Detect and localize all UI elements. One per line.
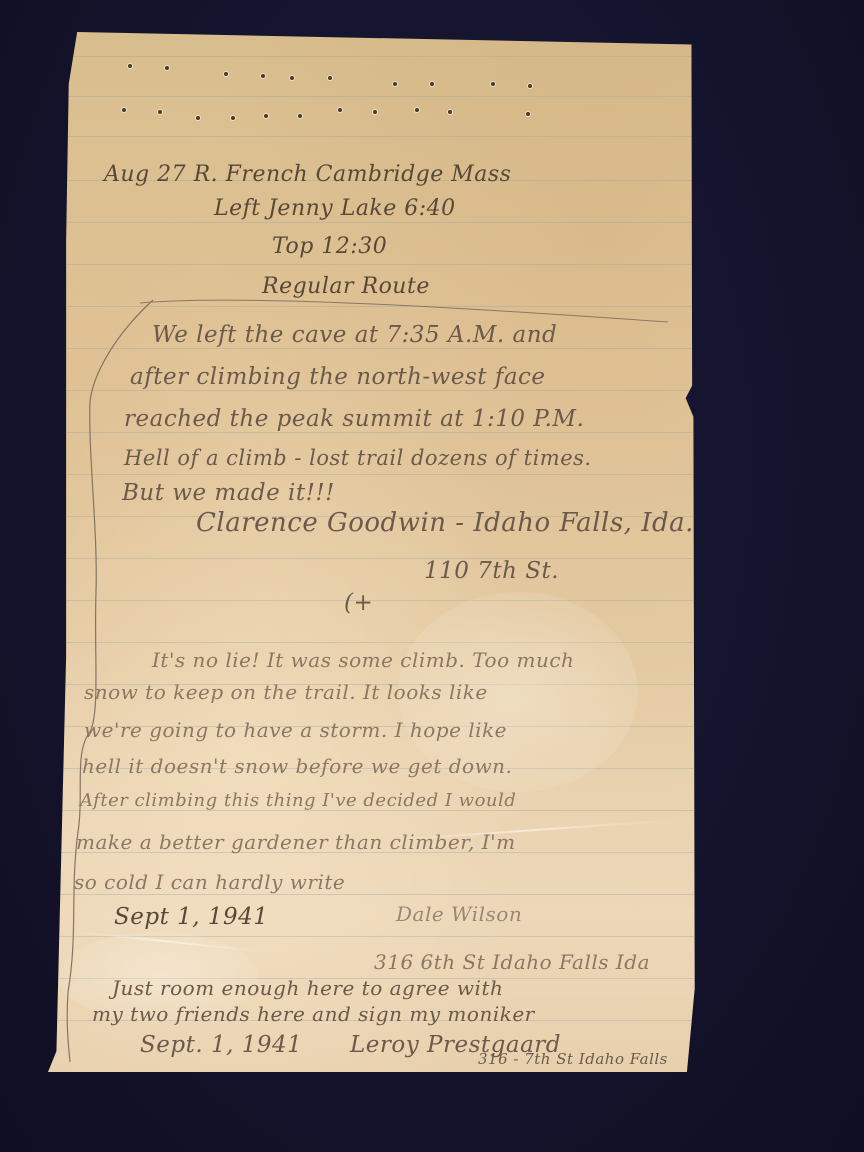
entry-3-line-1: It's no lie! It was some climb. Too much	[152, 648, 574, 672]
entry-3-address: 316 6th St Idaho Falls Ida	[374, 950, 650, 974]
entry-2-line-3: reached the peak summit at 1:10 P.M.	[124, 406, 584, 432]
document-page: Aug 27 R. French Cambridge Mass Left Jen…	[48, 32, 696, 1072]
entry-1-line-2: Left Jenny Lake 6:40	[214, 196, 456, 221]
entry-1-line-1: Aug 27 R. French Cambridge Mass	[104, 162, 511, 187]
entry-2-line-5: But we made it!!!	[122, 480, 335, 506]
entry-3-line-3: we're going to have a storm. I hope like	[84, 718, 507, 742]
entry-4-address: 316 - 7th St Idaho Falls	[478, 1050, 668, 1068]
entry-2-address: 110 7th St.	[424, 558, 559, 584]
entry-1-line-3: Top 12:30	[272, 234, 387, 259]
entry-3-line-4: hell it doesn't snow before we get down.	[82, 754, 512, 778]
entry-4-date: Sept. 1, 1941	[140, 1032, 302, 1058]
entry-1-line-4: Regular Route	[262, 274, 430, 299]
entry-2-line-4: Hell of a climb - lost trail dozens of t…	[124, 446, 592, 470]
entry-3-line-7: so cold I can hardly write	[74, 870, 345, 894]
entry-2-mark: (+	[344, 590, 373, 616]
entry-2-line-2: after climbing the north-west face	[130, 364, 546, 390]
entry-3-line-5: After climbing this thing I've decided I…	[80, 790, 516, 811]
entry-4-line-2: my two friends here and sign my moniker	[92, 1002, 535, 1026]
entry-3-signature: Dale Wilson	[396, 902, 522, 926]
entry-3-date: Sept 1, 1941	[114, 904, 268, 930]
entry-4-line-1: Just room enough here to agree with	[112, 976, 503, 1000]
entry-2-line-1: We left the cave at 7:35 A.M. and	[152, 322, 557, 348]
entry-3-line-6: make a better gardener than climber, I'm	[76, 830, 516, 854]
pin-holes	[48, 32, 696, 152]
entry-3-line-2: snow to keep on the trail. It looks like	[84, 680, 488, 704]
entry-2-signature: Clarence Goodwin - Idaho Falls, Ida.	[196, 508, 694, 538]
